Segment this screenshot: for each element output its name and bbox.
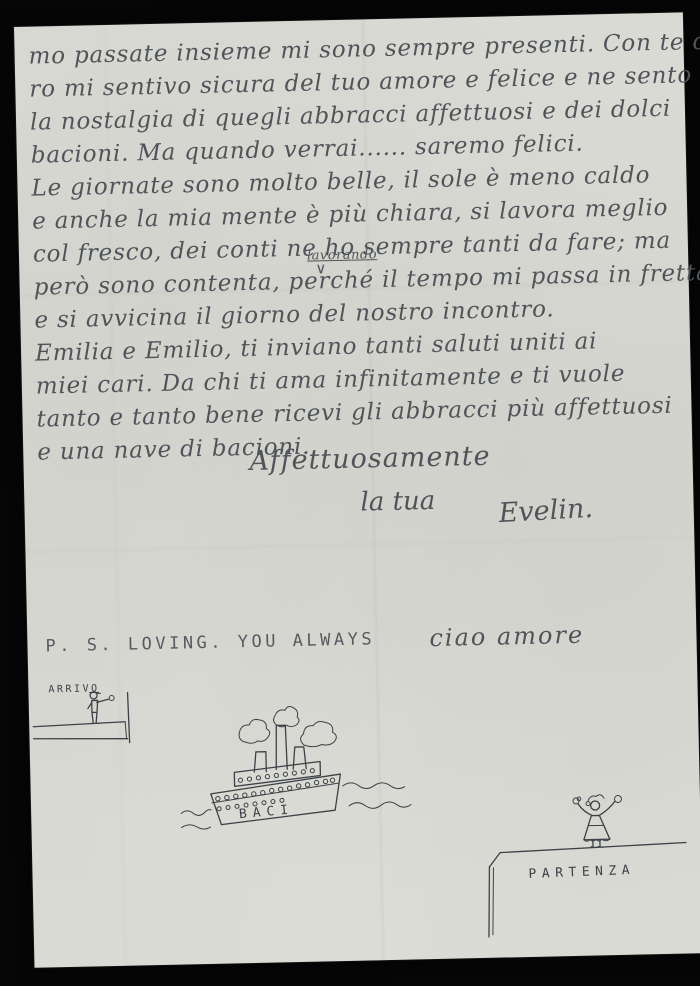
valediction: Affettuosamente: [249, 441, 491, 477]
ship-name-label: BACI: [238, 802, 294, 822]
letter-page: mo passate insieme mi sono sempre presen…: [14, 12, 700, 967]
departure-label: PARTENZA: [528, 863, 635, 882]
fold-crease: [25, 536, 694, 553]
ship-doodle: BACI: [179, 686, 422, 841]
waving-man-drawing: [88, 691, 115, 723]
farewell-text: ciao amore: [429, 621, 584, 652]
departure-doodle: PARTENZA: [470, 770, 698, 955]
from-line: la tua: [360, 486, 435, 518]
hull-drawing: BACI: [210, 761, 341, 825]
smoke-drawing: [239, 706, 337, 749]
pier-drawing: [33, 693, 130, 745]
closing-block: Affettuosamente la tua Evelin.: [14, 12, 683, 27]
arrival-label: ARRIVO: [48, 683, 99, 695]
postscript-text: P. S. LOVING. YOU ALWAYS: [45, 629, 375, 656]
waving-woman-drawing: [573, 794, 623, 848]
caret-mark: ∨: [315, 261, 326, 275]
signature: Evelin.: [498, 493, 594, 529]
pier-drawing: [487, 843, 688, 937]
arrival-doodle: ARRIVO: [32, 672, 164, 755]
